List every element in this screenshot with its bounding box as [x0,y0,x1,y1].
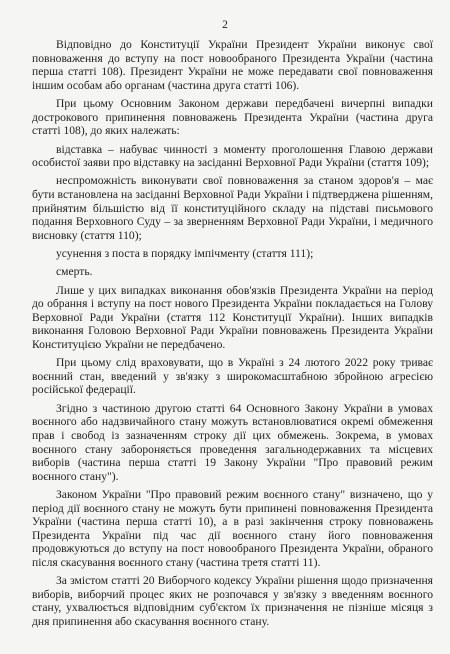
document-page: 2 Відповідно до Конституції України През… [0,0,450,654]
list-item-resignation: відставка – набуває чинності з моменту п… [32,143,433,170]
list-item-death: смерть. [32,265,433,279]
paragraph-martial-law: При цьому слід враховувати, що в Україні… [32,356,433,397]
paragraph-martial-law-regime: Законом України "Про правовий режим воєн… [32,488,433,570]
paragraph-electoral-code: За змістом статті 20 Виборчого кодексу У… [32,574,433,628]
page-number: 2 [0,19,450,32]
paragraph-constitution-powers: Відповідно до Конституції України Презид… [32,38,433,92]
list-item-impeachment: усунення з поста в порядку імпічменту (с… [32,247,433,261]
paragraph-early-termination-cases: При цьому Основним Законом держави перед… [32,97,433,138]
document-body: Відповідно до Конституції України Презид… [32,38,433,633]
paragraph-article-64: Згідно з частиною другою статті 64 Основ… [32,402,433,484]
list-item-incapacity: неспроможність виконувати свої повноваже… [32,174,433,242]
paragraph-speaker-duties: Лише у цих випадках виконання обов'язків… [32,284,433,352]
